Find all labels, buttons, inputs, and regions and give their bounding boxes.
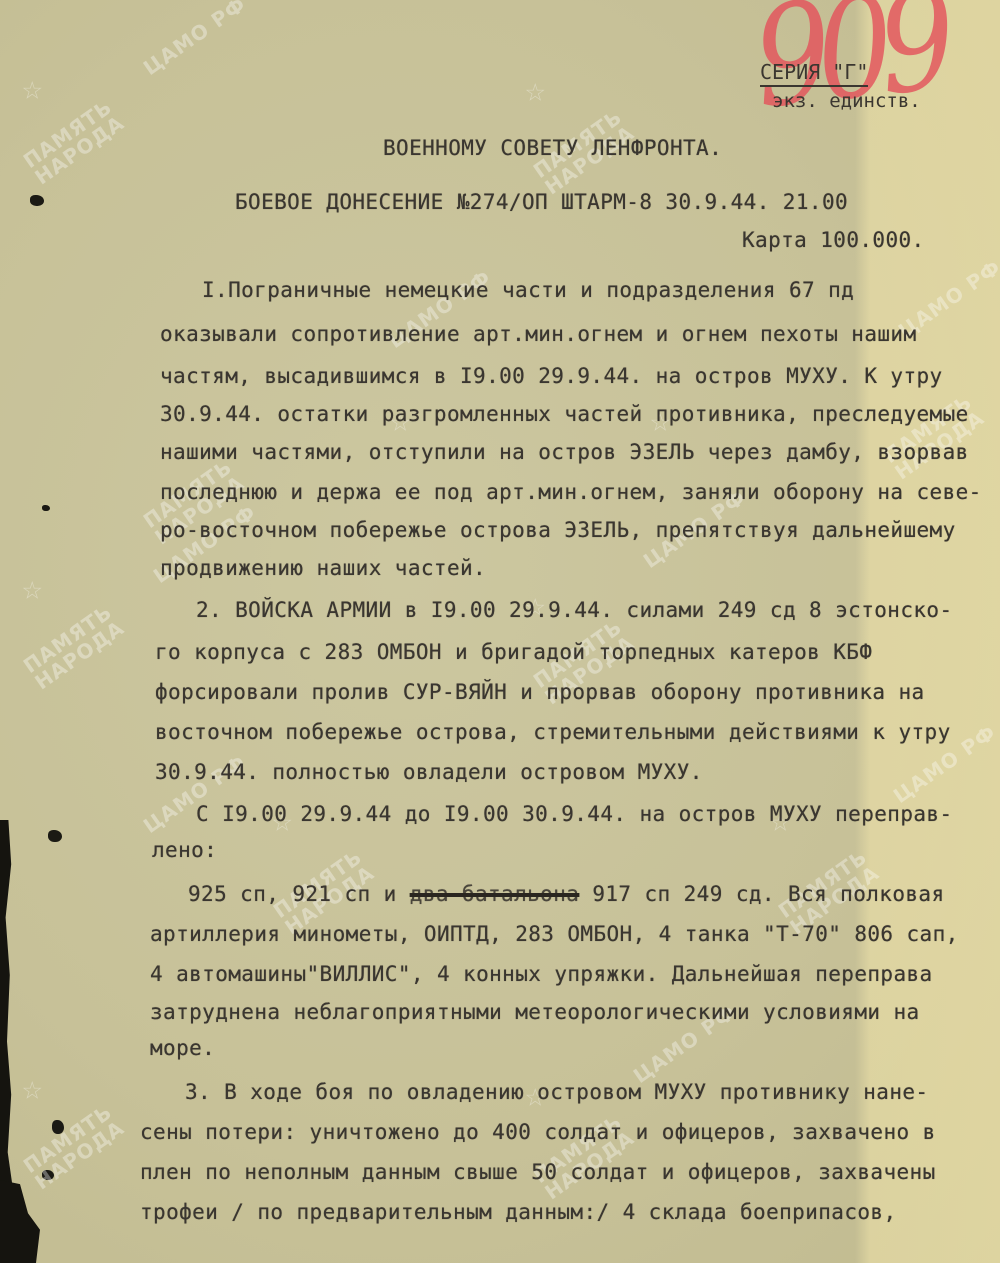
paragraph-line: сены потери: уничтожено до 400 солдат и …: [140, 1120, 936, 1144]
text: 925 сп, 921 сп и: [188, 882, 410, 906]
paper-hole: [42, 1170, 54, 1180]
paragraph-line: частям, высадившимся в I9.00 29.9.44. на…: [160, 364, 943, 388]
paragraph-line: море.: [150, 1036, 215, 1060]
map-scale: Карта 100.000.: [742, 228, 925, 252]
paragraph-line: форсировали пролив СУР-ВЯЙН и прорвав об…: [155, 680, 925, 704]
paragraph-line: продвижению наших частей.: [160, 556, 486, 580]
paragraph-line: артиллерия минометы, ОИПТД, 283 ОМБОН, 4…: [150, 922, 959, 946]
paragraph-line: ро-восточном побережье острова ЭЗЕЛЬ, пр…: [160, 518, 956, 542]
paragraph-line: I.Пограничные немецкие части и подраздел…: [202, 278, 854, 302]
struck-text: два батальона: [410, 882, 580, 906]
paragraph-line: 30.9.44. полностью овладели островом МУХ…: [155, 760, 703, 784]
paragraph-line: восточном побережье острова, стремительн…: [155, 720, 951, 744]
classification-series: СЕРИЯ "Г": [760, 60, 868, 87]
paragraph-line: трофеи / по предварительным данным:/ 4 с…: [140, 1200, 897, 1224]
paragraph-line: 925 сп, 921 сп и два батальона 917 сп 24…: [188, 882, 945, 906]
paragraph-line: 4 автомашины"ВИЛЛИС", 4 конных упряжки. …: [150, 962, 933, 986]
paragraph-line: затруднена неблагоприятными метеорологич…: [150, 1000, 920, 1024]
paragraph-line: плен по неполным данным свыше 50 солдат …: [140, 1160, 936, 1184]
paper-hole: [42, 505, 50, 511]
paragraph-line: лено:: [152, 838, 217, 862]
paper-hole: [52, 1120, 64, 1134]
report-title: БОЕВОЕ ДОНЕСЕНИЕ №274/ОП ШТАРМ-8 30.9.44…: [235, 190, 848, 214]
text: 917 сп 249 сд. Вся полковая: [579, 882, 944, 906]
paper-hole: [48, 830, 62, 842]
paragraph-line: оказывали сопротивление арт.мин.огнем и …: [160, 322, 917, 346]
paper-hole: [30, 195, 44, 206]
paragraph-line: 2. ВОЙСКА АРМИИ в I9.00 29.9.44. силами …: [196, 598, 953, 622]
paragraph-line: 30.9.44. остатки разгромленных частей пр…: [160, 402, 969, 426]
addressee: ВОЕННОМУ СОВЕТУ ЛЕНФРОНТА.: [383, 136, 722, 160]
paragraph-line: 3. В ходе боя по овладению островом МУХУ…: [185, 1080, 928, 1104]
paragraph-line: нашими частями, отступили на остров ЭЗЕЛ…: [160, 440, 969, 464]
paragraph-line: го корпуса с 283 ОМБОН и бригадой торпед…: [155, 640, 872, 664]
paragraph-line: С I9.00 29.9.44 до I9.00 30.9.44. на ост…: [196, 802, 953, 826]
paragraph-line: последнюю и держа ее под арт.мин.огнем, …: [160, 480, 982, 504]
classification-copy: экз. единств.: [772, 90, 921, 112]
